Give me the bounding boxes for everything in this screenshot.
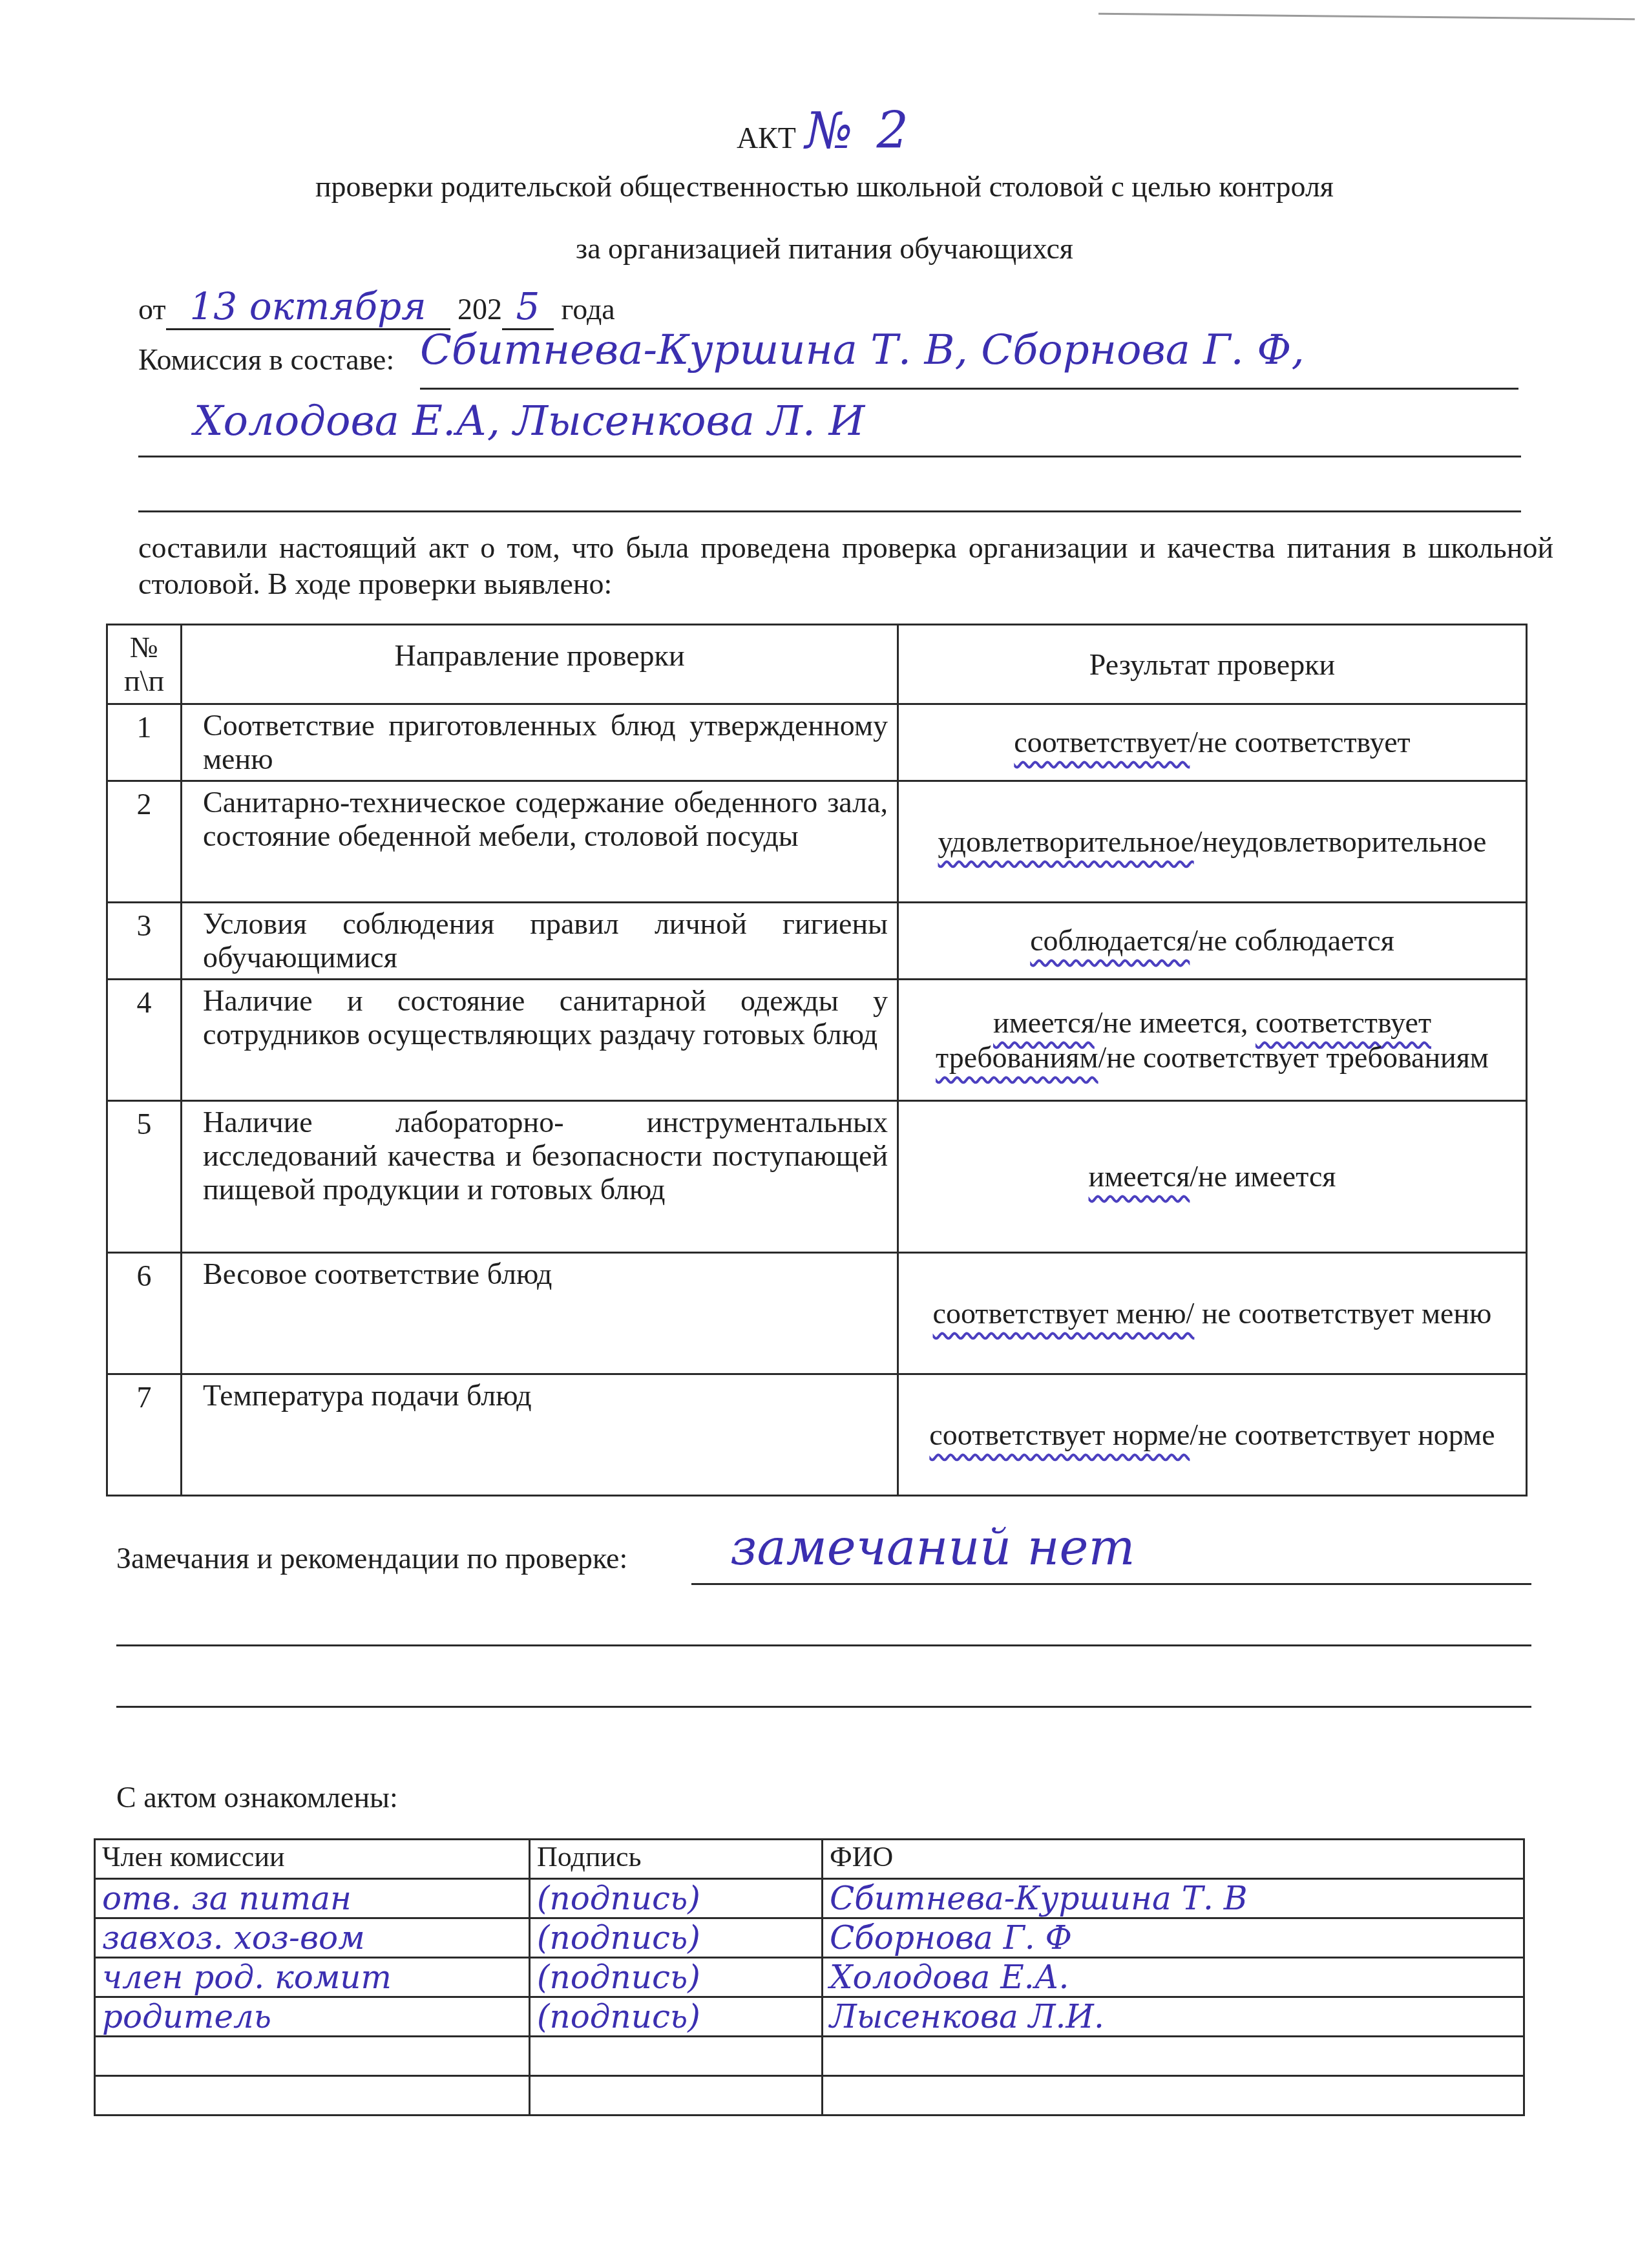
commission-line-3	[138, 510, 1521, 512]
row-result: соблюдается/не соблюдается	[898, 903, 1527, 980]
row-number: 6	[107, 1253, 182, 1374]
signature-field[interactable]	[530, 2076, 823, 2116]
row-number: 4	[107, 980, 182, 1101]
member-role[interactable]	[95, 2037, 530, 2076]
row-direction: Температура подачи блюд	[182, 1374, 898, 1496]
option-text[interactable]: /не соответствует требованиям	[1098, 1041, 1489, 1074]
inspection-row: 7Температура подачи блюдсоответствует но…	[107, 1374, 1527, 1496]
selected-option[interactable]: соответствует меню/	[933, 1297, 1195, 1330]
commission-label: Комиссия в составе:	[138, 342, 394, 377]
signature-field[interactable]: (подпись)	[530, 1997, 823, 2037]
member-name[interactable]: Лысенкова Л.И.	[823, 1997, 1524, 2037]
row-direction: Условия соблюдения правил личной гигиены…	[182, 903, 898, 980]
signature-row: родитель(подпись)Лысенкова Л.И.	[95, 1997, 1524, 2037]
signature-row: член род. комит(подпись)Холодова Е.А.	[95, 1958, 1524, 1997]
member-role[interactable]: член род. комит	[95, 1958, 530, 1997]
row-result: соответствует/не соответствует	[898, 704, 1527, 781]
header-signature: Подпись	[530, 1840, 823, 1879]
option-text[interactable]: не соответствует меню	[1194, 1297, 1491, 1330]
signature-table: Член комиссии Подпись ФИО отв. за питан(…	[94, 1838, 1525, 2116]
remarks-line-2	[116, 1644, 1531, 1646]
member-name[interactable]	[823, 2076, 1524, 2116]
selected-option[interactable]: соответствует норме	[929, 1418, 1190, 1451]
subtitle-line-2: за организацией питания обучающихся	[0, 231, 1649, 266]
member-name[interactable]: Холодова Е.А.	[823, 1958, 1524, 1997]
signature-row	[95, 2037, 1524, 2076]
commission-line-1	[420, 388, 1518, 390]
inspection-row: 4Наличие и состояние санитарной одежды у…	[107, 980, 1527, 1101]
member-role[interactable]: завхоз. хоз-вом	[95, 1918, 530, 1958]
option-text[interactable]: /не соответствует норме	[1190, 1418, 1495, 1451]
date-row: от13 октября 2025 года	[138, 284, 615, 330]
date-year-field[interactable]: 5	[502, 284, 554, 330]
header-number: № п\п	[107, 625, 182, 704]
signature-field[interactable]: (подпись)	[530, 1958, 823, 1997]
row-direction: Наличие лабораторно- инструментальных ис…	[182, 1101, 898, 1253]
selected-option[interactable]: соблюдается	[1030, 924, 1190, 957]
signature-row: завхоз. хоз-вом(подпись)Сборнова Г. Ф	[95, 1918, 1524, 1958]
row-number: 2	[107, 781, 182, 903]
inspection-row: 3Условия соблюдения правил личной гигиен…	[107, 903, 1527, 980]
selected-option[interactable]: удовлетворительное	[938, 825, 1193, 858]
row-result: удовлетворительное/неудовлетворительное	[898, 781, 1527, 903]
header-member: Член комиссии	[95, 1840, 530, 1879]
row-result: имеется/не имеется	[898, 1101, 1527, 1253]
inspection-table: № п\п Направление проверки Результат про…	[106, 624, 1528, 1496]
inspection-row: 2Санитарно-техническое содержание обеден…	[107, 781, 1527, 903]
act-number: № 2	[805, 102, 912, 160]
intro-paragraph: составили настоящий акт о том, что была …	[138, 530, 1553, 602]
remarks-line-1	[691, 1583, 1531, 1585]
remarks-label: Замечания и рекомендации по проверке:	[116, 1541, 627, 1575]
remarks-line-3	[116, 1706, 1531, 1708]
option-text[interactable]: /не имеется	[1190, 1160, 1336, 1193]
member-name[interactable]: Сбитнева-Куршина Т. В	[823, 1879, 1524, 1918]
row-result: соответствует норме/не соответствует нор…	[898, 1374, 1527, 1496]
acknowledgement-label: С актом ознакомлены:	[116, 1780, 398, 1814]
header-result: Результат проверки	[898, 625, 1527, 704]
commission-members-line-2[interactable]: Холодова Е.А, Лысенкова Л. И	[194, 397, 865, 445]
row-direction: Соответствие приготовленных блюд утвержд…	[182, 704, 898, 781]
commission-members-line-1[interactable]: Сбитнева-Куршина Т. В, Сборнова Г. Ф,	[420, 326, 1305, 374]
row-result: соответствует меню/ не соответствует мен…	[898, 1253, 1527, 1374]
inspection-row: 1Соответствие приготовленных блюд утверж…	[107, 704, 1527, 781]
signature-field[interactable]	[530, 2037, 823, 2076]
signature-field[interactable]: (подпись)	[530, 1918, 823, 1958]
signature-row	[95, 2076, 1524, 2116]
date-day-month-field[interactable]: 13 октября	[166, 284, 450, 330]
row-number: 3	[107, 903, 182, 980]
signature-row: отв. за питан(подпись)Сбитнева-Куршина Т…	[95, 1879, 1524, 1918]
header-name: ФИО	[823, 1840, 1524, 1879]
row-number: 1	[107, 704, 182, 781]
row-direction: Весовое соответствие блюд	[182, 1253, 898, 1374]
row-direction: Санитарно-техническое содержание обеденн…	[182, 781, 898, 903]
member-name[interactable]: Сборнова Г. Ф	[823, 1918, 1524, 1958]
row-number: 7	[107, 1374, 182, 1496]
option-text[interactable]: /не имеется,	[1095, 1006, 1255, 1039]
row-direction: Наличие и состояние санитарной одежды у …	[182, 980, 898, 1101]
member-role[interactable]	[95, 2076, 530, 2116]
row-number: 5	[107, 1101, 182, 1253]
option-text[interactable]: /не соблюдается	[1190, 924, 1394, 957]
selected-option[interactable]: имеется	[993, 1006, 1095, 1039]
signature-field[interactable]: (подпись)	[530, 1879, 823, 1918]
act-label: АКТ	[737, 121, 796, 154]
member-name[interactable]	[823, 2037, 1524, 2076]
row-result: имеется/не имеется, соответствует требов…	[898, 980, 1527, 1101]
inspection-row: 5Наличие лабораторно- инструментальных и…	[107, 1101, 1527, 1253]
option-text[interactable]: /неудовлетворительное	[1194, 825, 1487, 858]
document-title: АКТ№ 2	[0, 102, 1649, 160]
member-role[interactable]: родитель	[95, 1997, 530, 2037]
selected-option[interactable]: соответствует	[1014, 726, 1190, 759]
option-text[interactable]: /не соответствует	[1190, 726, 1410, 759]
scan-edge-line	[1098, 13, 1635, 21]
subtitle-line-1: проверки родительской общественностью шк…	[0, 169, 1649, 204]
member-role[interactable]: отв. за питан	[95, 1879, 530, 1918]
commission-line-2	[138, 456, 1521, 457]
selected-option[interactable]: имеется	[1089, 1160, 1190, 1193]
remarks-value[interactable]: замечаний нет	[730, 1518, 1135, 1576]
header-direction: Направление проверки	[182, 625, 898, 704]
inspection-row: 6Весовое соответствие блюдсоответствует …	[107, 1253, 1527, 1374]
